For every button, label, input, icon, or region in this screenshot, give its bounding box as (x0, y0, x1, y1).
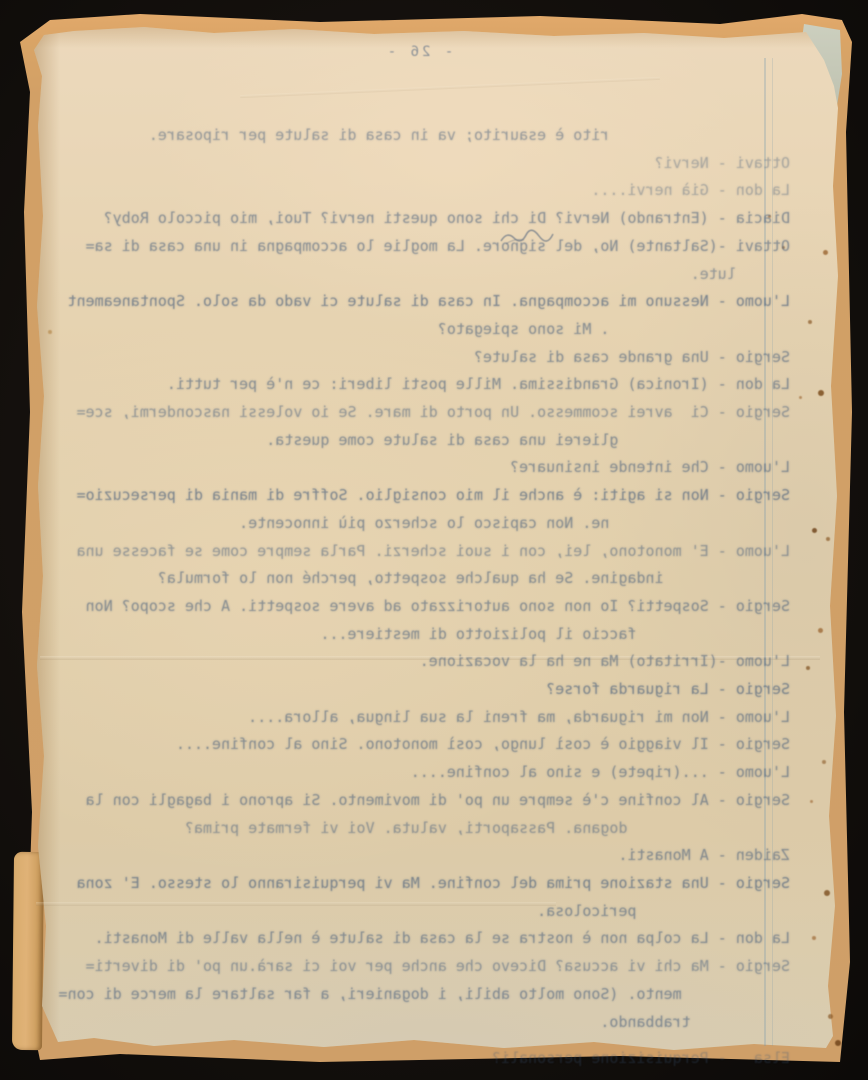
typescript-line: L'uomo - ...(ripete) e sino al confine..… (48, 759, 790, 787)
foxing-spot (828, 1014, 833, 1019)
foxing-spot (808, 320, 812, 324)
typescript-line: lute. (48, 261, 790, 289)
mirrored-text-block: rito è esaurito; va in casa di salute pe… (48, 122, 790, 1073)
typescript-line: L'uomo - Che intende insinuare? (48, 454, 790, 482)
typescript-line: Sergio - Ci avrei scommesso. Un porto di… (48, 399, 790, 427)
typescript-line: Sergio - Ma chi vi accusa? Dicevo che an… (48, 953, 790, 981)
typescript-line: Sergio - Una grande casa di salute? (48, 344, 790, 372)
typescript-line: pericolosa. (48, 898, 790, 926)
scanned-document: - 26 - rito è esaurito; va in casa di sa… (0, 0, 868, 1080)
typescript-line: L'uomo -(Irritato) Ma ne ha la vocazione… (48, 648, 790, 676)
typescript-line: Sergio - Sospetti? Io non sono autorizza… (48, 593, 790, 621)
foxing-spot (806, 666, 810, 670)
typescript-line: faccio il poliziotto di mestiere... (48, 621, 790, 649)
typescript-line: L'uomo - Nessuno mi accompagna. In casa … (48, 288, 790, 316)
typescript-line: Sergio - Non si agiti: è anche il mio co… (48, 482, 790, 510)
handwritten-annotation-icon (498, 228, 562, 246)
page-number: - 26 - (48, 44, 790, 60)
typescript-line: Sergio - Una stazione prima del confine.… (48, 870, 790, 898)
typescript-line: trabbando. (48, 1009, 790, 1037)
foxing-spot (810, 800, 813, 803)
typescript-line: L'uomo - E' monotono, lei, con i suoi sc… (48, 538, 790, 566)
typescript-line: Zaiden - A Monasti. (48, 842, 790, 870)
foxing-spot (799, 396, 802, 399)
typescript-line: Sergio - La riguarda forse? (48, 676, 790, 704)
foxing-spot (818, 628, 823, 633)
typescript-line: Ottavi - Nervi? (48, 150, 790, 178)
typescript-line: L'uomo - Non mi riguarda, ma freni la su… (48, 704, 790, 732)
foxing-spot (823, 250, 828, 255)
typescript-line: Sergio - Al confine c'è sempre un po' di… (48, 787, 790, 815)
typescript-line: indagine. Se ha qualche sospetto, perché… (48, 565, 790, 593)
typescript-line: La don - (Ironica) Grandissima. Mille po… (48, 371, 790, 399)
typescript-line: ne. Non capisco lo scherzo più innocente… (48, 510, 790, 538)
typescript-line: La don - Già nervi.... (48, 177, 790, 205)
typescript-line: mento. (Sono molto abili, i doganieri, a… (48, 981, 790, 1009)
typescript-line: Sergio - Il viaggio è così lungo, così m… (48, 731, 790, 759)
typescript-line: dogana. Passaporti, valuta. Voi vi ferma… (48, 815, 790, 843)
foxing-spot (824, 890, 830, 896)
typescript-line: glierei una casa di salute come questa. (48, 427, 790, 455)
typescript-line: rito è esaurito; va in casa di salute pe… (48, 122, 790, 150)
typescript-line: Ottavi -(Saltante) No, del signore. La m… (48, 233, 790, 261)
paper-tab-bottom-left (12, 852, 44, 1050)
typescript-line: Diacia - (Entrando) Nervi? Di chi sono q… (48, 205, 790, 233)
foxing-spot (835, 1040, 841, 1046)
foxing-spot (812, 528, 817, 533)
foxing-spot (818, 390, 824, 396)
typescript-line: . Mi sono spiegato? (48, 316, 790, 344)
foxing-spot (822, 760, 826, 764)
typescript-line: La don - La colpa non è nostra se la cas… (48, 925, 790, 953)
foxing-spot (812, 936, 816, 940)
foxing-spot (826, 537, 830, 541)
typescript-line: Elsa - Perquisizione personali? (48, 1045, 790, 1073)
